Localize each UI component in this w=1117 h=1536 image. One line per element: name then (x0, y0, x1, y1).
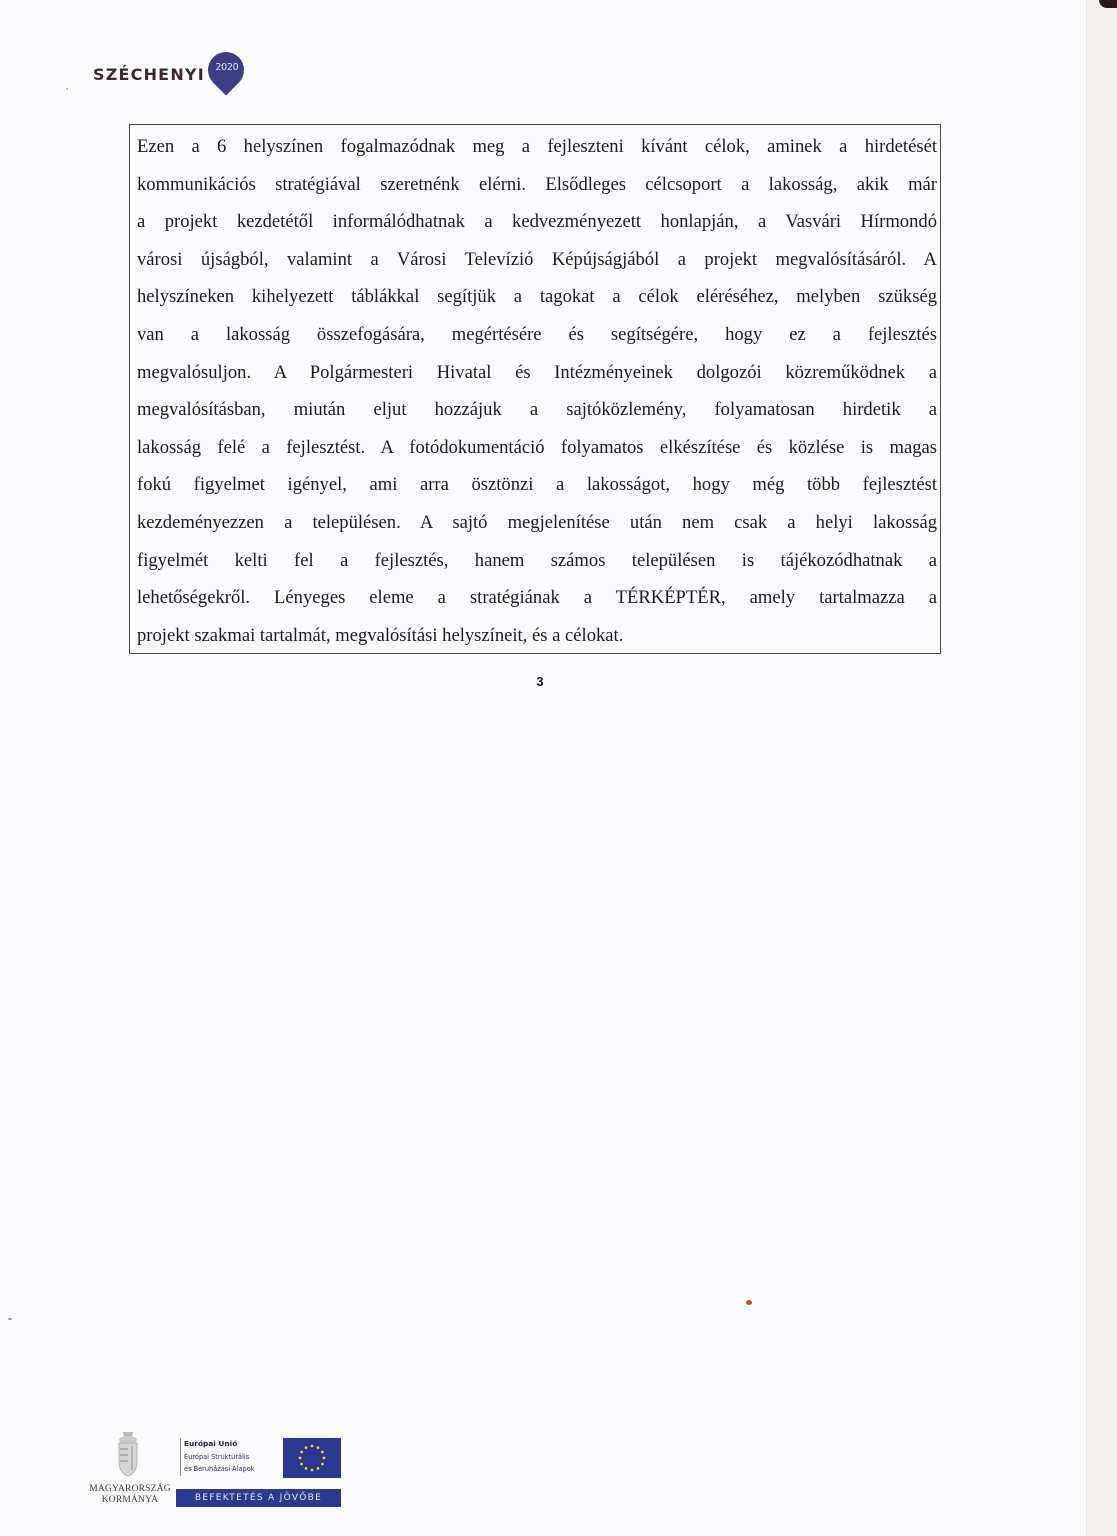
paragraph-line: Ezen a 6 helyszínen fogalmazódnak meg a … (137, 128, 937, 166)
szechenyi-2020-logo: SZÉCHENYI 2020 (93, 44, 250, 104)
eu-fund-text: Európai Unió Európai Strukturális és Ber… (184, 1438, 255, 1476)
eu-title: Európai Unió (184, 1438, 255, 1451)
paragraph-line: városi újságból, valamint a Városi Telev… (137, 241, 937, 279)
paragraph-line: helyszíneken kihelyezett táblákkal segít… (137, 278, 937, 316)
government-line-2: KORMÁNYA (88, 1495, 172, 1506)
eu-flag-icon (283, 1438, 341, 1478)
eu-line-3: és Beruházási Alapok (184, 1463, 255, 1476)
divider (180, 1438, 181, 1476)
paragraph-line: van a lakosság összefogására, megértésér… (137, 316, 937, 354)
paragraph-line: megvalósuljon. A Polgármesteri Hivatal é… (137, 354, 937, 392)
paragraph-line: kezdeményezzen a településen. A sajtó me… (137, 504, 937, 542)
scan-speck (746, 1300, 752, 1305)
paragraph-line: megvalósításban, miután eljut hozzájuk a… (137, 391, 937, 429)
paragraph-line: lehetőségekről. Lényeges eleme a stratég… (137, 579, 937, 617)
logo-wordmark: SZÉCHENYI (93, 65, 205, 84)
paragraph-line: lakosság felé a fejlesztést. A fotódokum… (137, 429, 937, 467)
government-line-1: MAGYARORSZÁG (88, 1484, 172, 1495)
scan-speck (66, 88, 68, 90)
scan-page-edge (1086, 0, 1117, 1536)
paragraph-line: fokú figyelmet igényel, ami arra ösztönz… (137, 466, 937, 504)
footer-funding-logos: MAGYARORSZÁG KORMÁNYA Európai Unió Európ… (88, 1428, 348, 1518)
investment-slogan-banner: BEFEKTETÉS A JÖVŐBE (176, 1489, 341, 1507)
paragraph-line: projekt szakmai tartalmát, megvalósítási… (137, 617, 937, 655)
page-number: 3 (533, 674, 547, 689)
hungarian-coat-of-arms-icon (115, 1430, 141, 1482)
paragraph-line: a projekt kezdetétől informálódhatnak a … (137, 203, 937, 241)
map-pin-icon: 2020 (208, 52, 250, 104)
paragraph-line: figyelmét kelti fel a fejlesztés, hanem … (137, 542, 937, 580)
government-label: MAGYARORSZÁG KORMÁNYA (88, 1484, 172, 1506)
body-paragraph: Ezen a 6 helyszínen fogalmazódnak meg a … (137, 128, 937, 654)
eu-line-2: Európai Strukturális (184, 1451, 255, 1464)
logo-badge-year: 2020 (210, 62, 244, 73)
paragraph-line: kommunikációs stratégiával szeretnénk el… (137, 166, 937, 204)
scan-speck (8, 1318, 12, 1320)
